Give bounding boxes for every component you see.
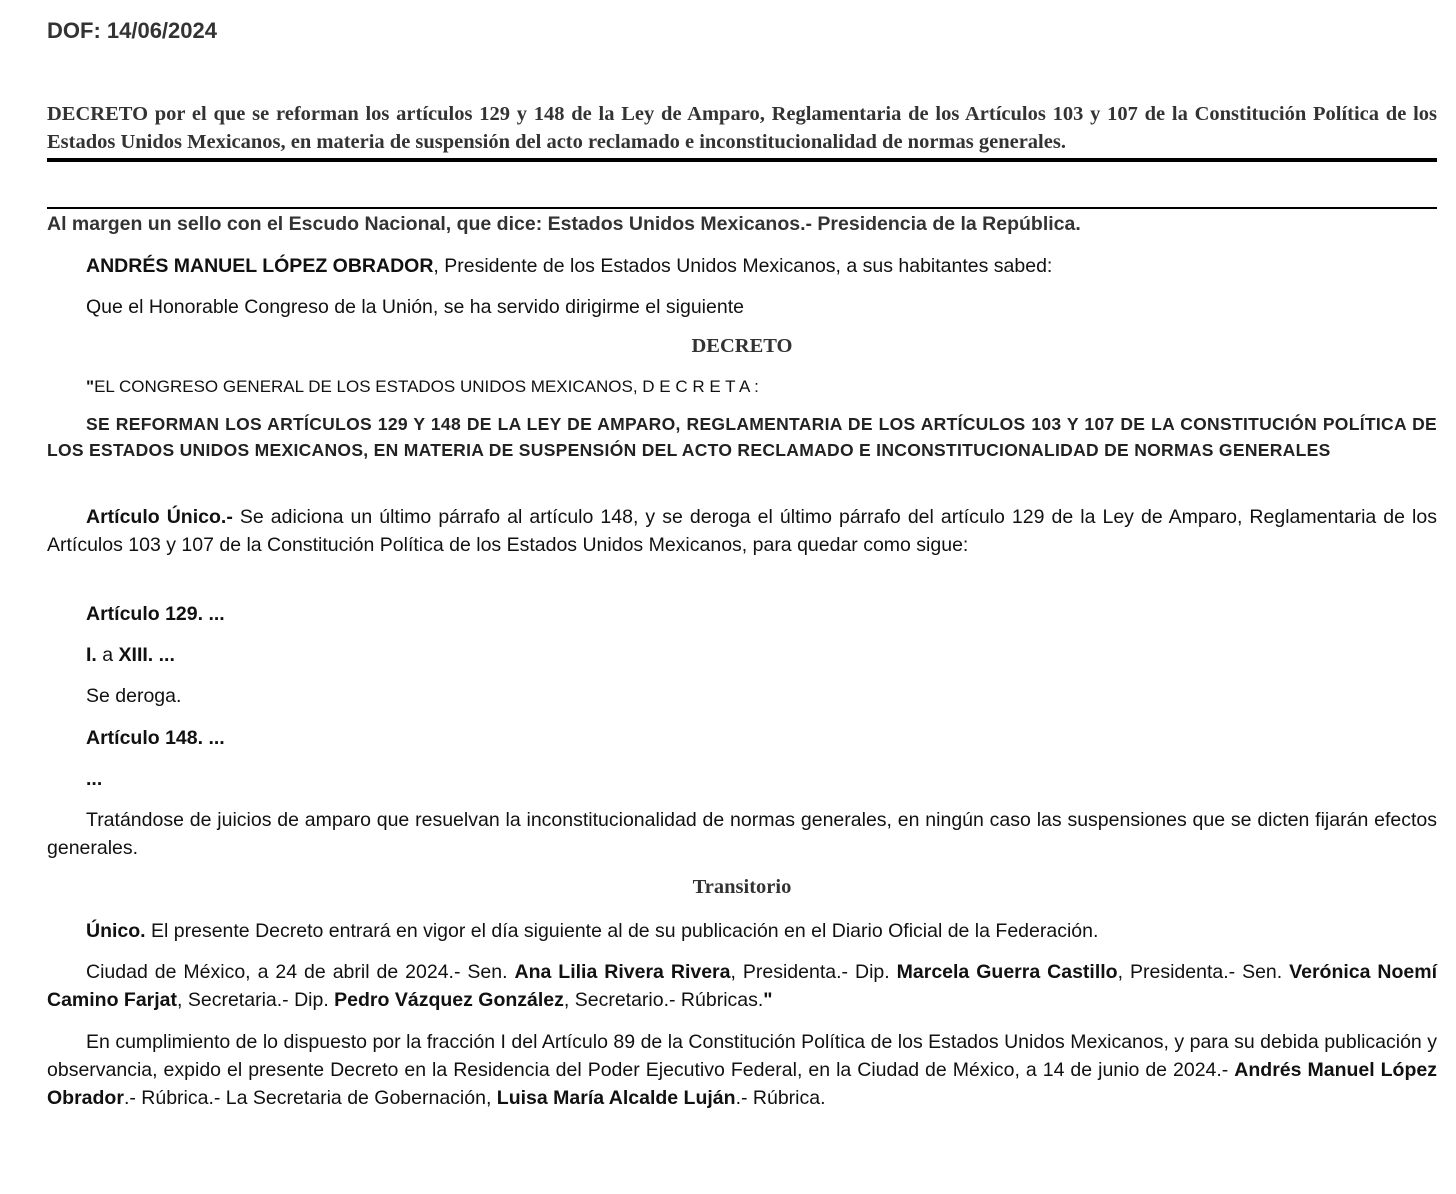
dof-date: DOF: 14/06/2024 [47, 18, 217, 44]
decreta-line: "EL CONGRESO GENERAL DE LOS ESTADOS UNID… [47, 374, 1437, 400]
fractions-line: I. a XIII. ... [47, 641, 1437, 669]
title-divider [47, 207, 1437, 209]
signature-text: Ciudad de México, a 24 de abril de 2024.… [86, 961, 515, 983]
promulgation-text: .- Rúbrica. [736, 1087, 826, 1109]
signature-text: , Secretaria.- Dip. [177, 989, 334, 1011]
article-148: Artículo 148. ... [47, 724, 1437, 752]
decreta-text: EL CONGRESO GENERAL DE LOS ESTADOS UNIDO… [94, 377, 759, 396]
ellipsis-line: ... [47, 765, 1437, 793]
transitorio-unico: Único. El presente Decreto entrará en vi… [47, 917, 1437, 945]
promulgation-text: En cumplimiento de lo dispuesto por la f… [47, 1031, 1437, 1081]
congress-line: Que el Honorable Congreso de la Unión, s… [47, 293, 1437, 321]
fraction-connector: a [97, 644, 119, 666]
transitorio-heading: Transitorio [47, 876, 1437, 899]
reform-title: SE REFORMAN LOS ARTÍCULOS 129 Y 148 DE L… [47, 411, 1437, 463]
new-paragraph: Tratándose de juicios de amparo que resu… [47, 806, 1437, 862]
derogated-line: Se deroga. [47, 682, 1437, 710]
fraction-end: XIII. ... [119, 644, 175, 666]
president-intro-text: , Presidente de los Estados Unidos Mexic… [433, 255, 1052, 277]
close-quote: " [763, 989, 772, 1011]
seal-line: Al margen un sello con el Escudo Naciona… [47, 210, 1437, 238]
promulgation-text: .- Rúbrica.- La Secretaria de Gobernació… [124, 1087, 497, 1109]
promulgation-paragraph: En cumplimiento de lo dispuesto por la f… [47, 1028, 1437, 1112]
article-129: Artículo 129. ... [47, 600, 1437, 628]
articulo-unico-text: Se adiciona un último párrafo al artícul… [47, 506, 1437, 556]
signature-text: , Presidenta.- Dip. [731, 961, 897, 983]
signatory-name: Ana Lilia Rivera Rivera [515, 961, 731, 983]
open-quote: " [86, 377, 94, 396]
decree-title: DECRETO por el que se reforman los artíc… [47, 100, 1437, 162]
signatory-name: Pedro Vázquez González [334, 989, 564, 1011]
fraction-start: I. [86, 644, 97, 666]
signature-text: , Presidenta.- Sen. [1118, 961, 1290, 983]
signature-text: , Secretario.- Rúbricas. [564, 989, 763, 1011]
transitorio-text: El presente Decreto entrará en vigor el … [146, 920, 1099, 942]
president-intro: ANDRÉS MANUEL LÓPEZ OBRADOR, Presidente … [47, 252, 1437, 280]
secretary-signature: Luisa María Alcalde Luján [497, 1087, 736, 1109]
decree-heading: DECRETO [47, 335, 1437, 358]
president-name: ANDRÉS MANUEL LÓPEZ OBRADOR [86, 255, 433, 277]
articulo-unico: Artículo Único.- Se adiciona un último p… [47, 503, 1437, 559]
signatures-paragraph: Ciudad de México, a 24 de abril de 2024.… [47, 958, 1437, 1014]
signatory-name: Marcela Guerra Castillo [897, 961, 1118, 983]
articulo-unico-label: Artículo Único.- [86, 506, 233, 528]
transitorio-label: Único. [86, 920, 146, 942]
